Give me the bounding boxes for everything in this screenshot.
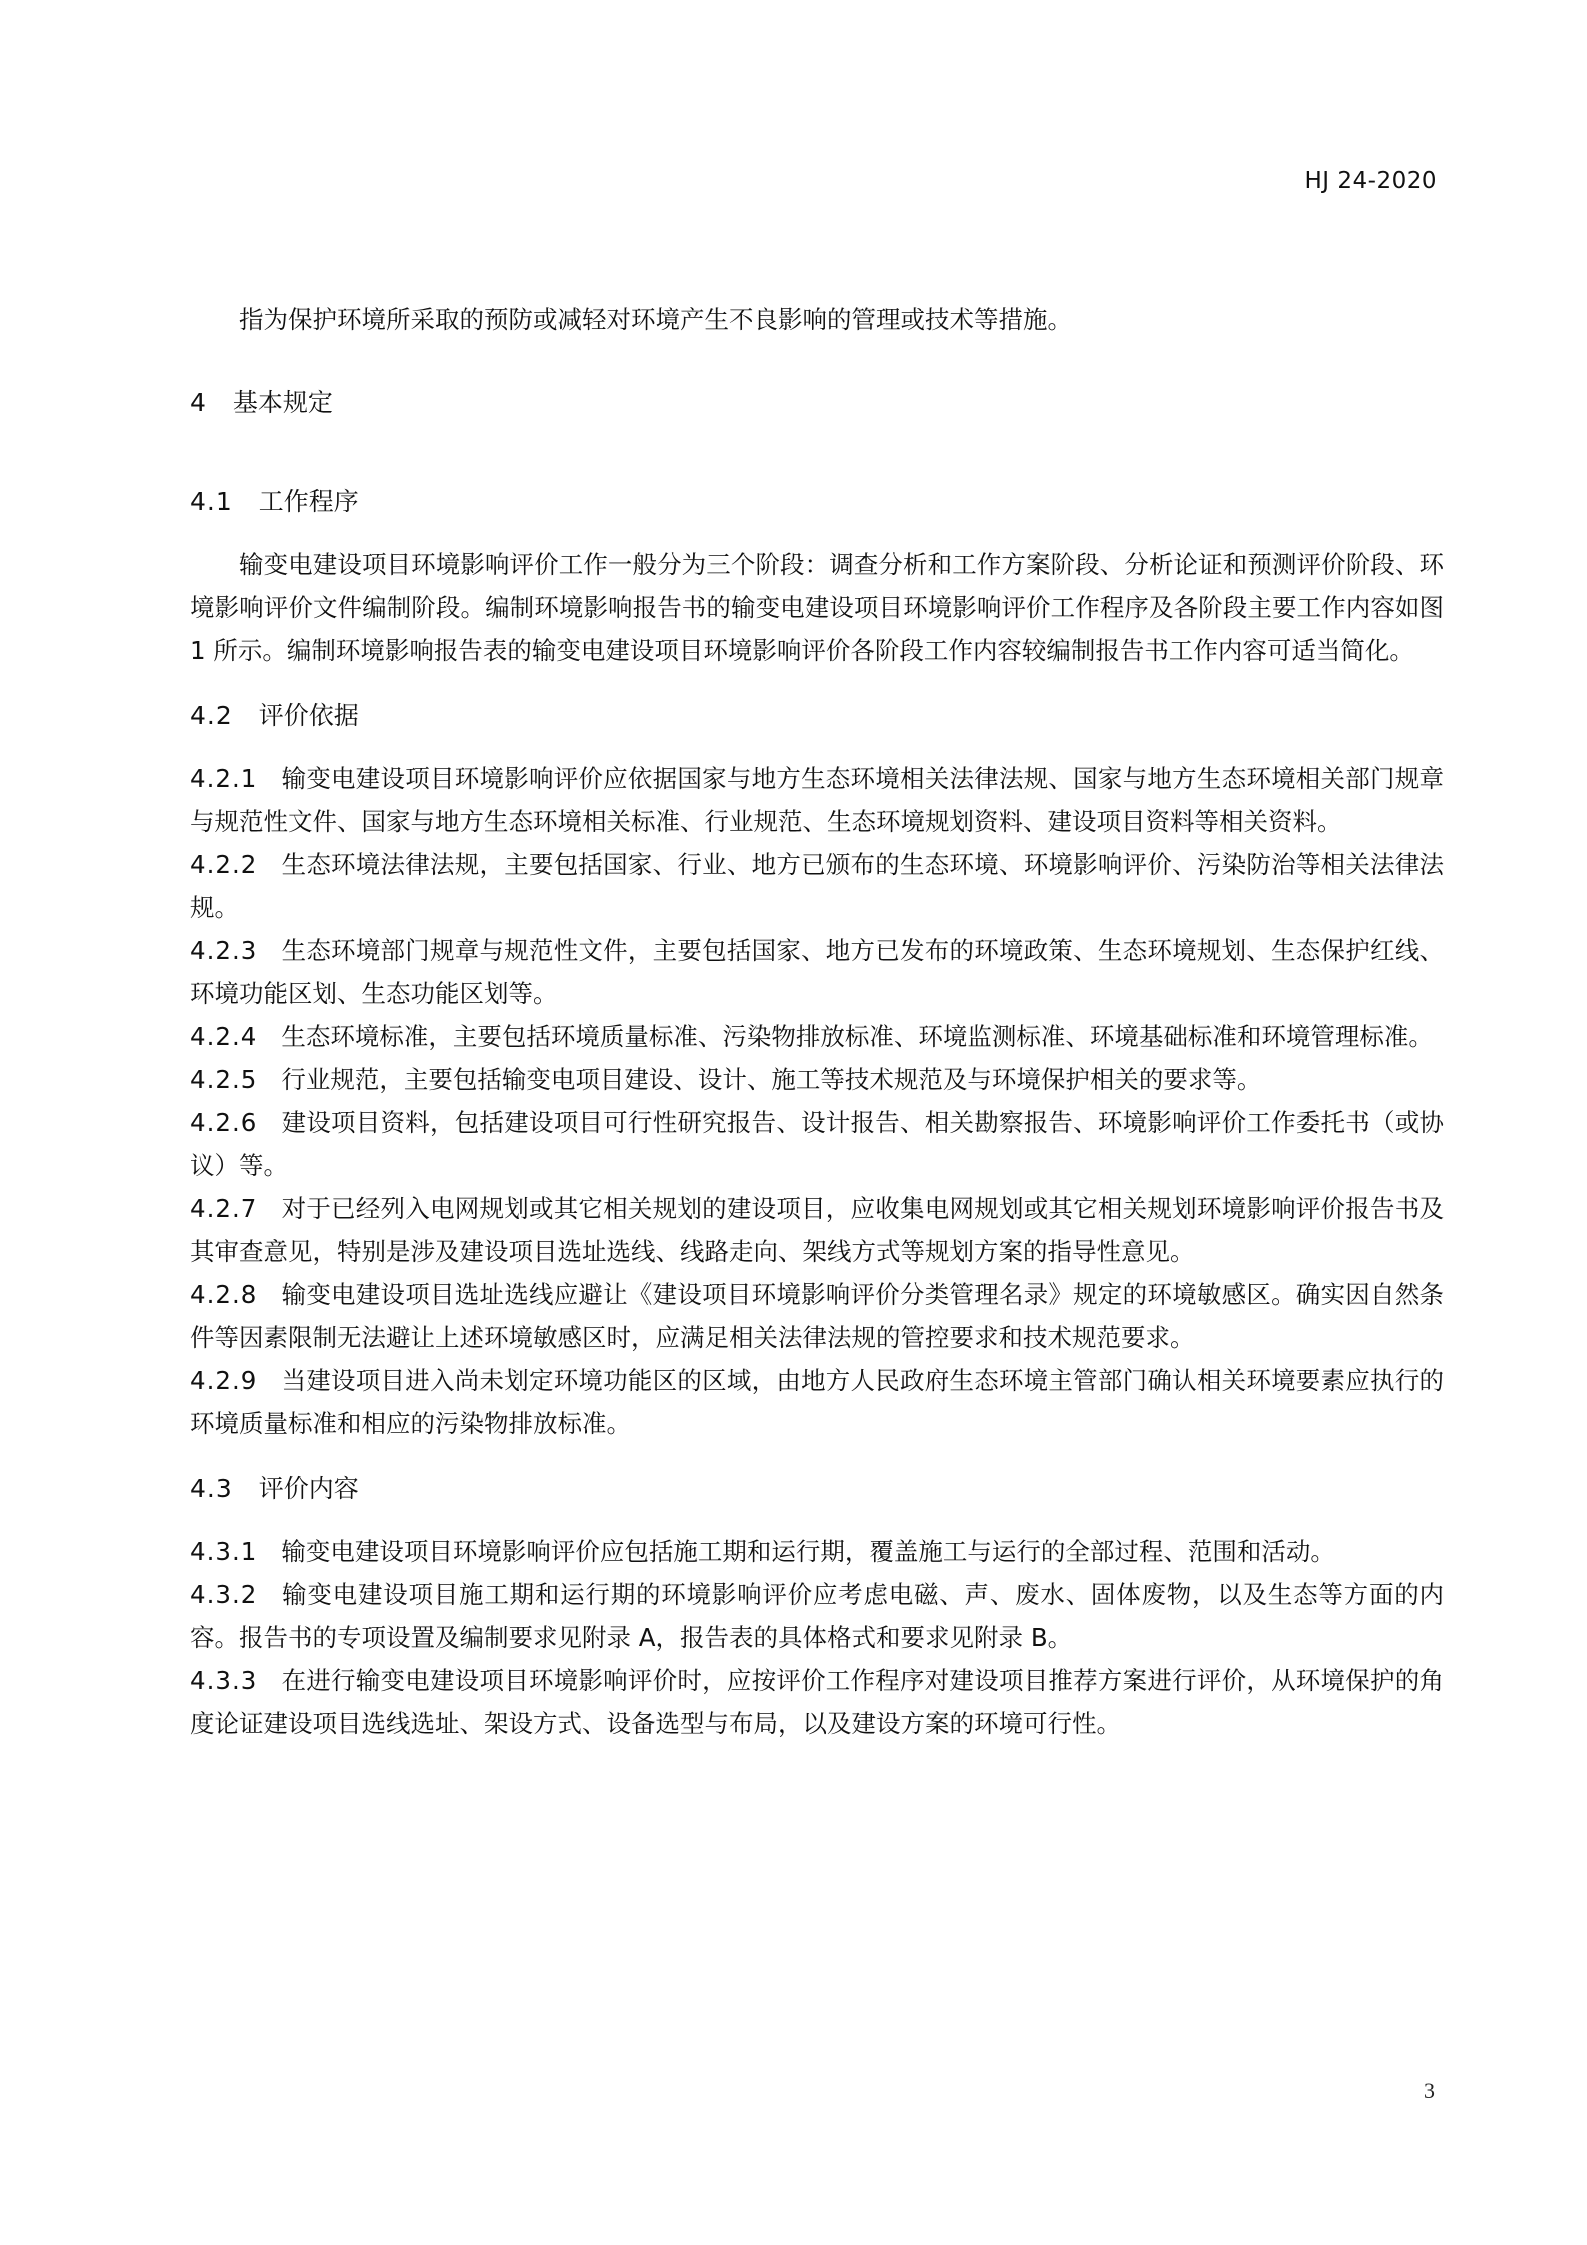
clause-4-2-2: 4.2.2生态环境法律法规，主要包括国家、行业、地方已颁布的生态环境、环境影响评… — [190, 843, 1444, 929]
clause-number: 4.2.8 — [190, 1273, 257, 1316]
clause-number: 4.2.3 — [190, 929, 257, 972]
section-number: 4 — [190, 381, 207, 424]
clause-text: 建设项目资料，包括建设项目可行性研究报告、设计报告、相关勘察报告、环境影响评价工… — [190, 1108, 1444, 1180]
clause-text: 输变电建设项目施工期和运行期的环境影响评价应考虑电磁、声、废水、固体废物，以及生… — [190, 1580, 1444, 1652]
clause-number: 4.2.9 — [190, 1359, 257, 1402]
clause-4-2-9: 4.2.9当建设项目进入尚未划定环境功能区的区域，由地方人民政府生态环境主管部门… — [190, 1359, 1444, 1445]
clause-text: 在进行输变电建设项目环境影响评价时，应按评价工作程序对建设项目推荐方案进行评价，… — [190, 1666, 1444, 1738]
clause-number: 4.2.6 — [190, 1101, 257, 1144]
clause-number: 4.3.1 — [190, 1530, 257, 1573]
clause-4-2-3: 4.2.3生态环境部门规章与规范性文件，主要包括国家、地方已发布的环境政策、生态… — [190, 929, 1444, 1015]
clause-number: 4.3.2 — [190, 1573, 257, 1616]
document-page: HJ 24-2020 指为保护环境所采取的预防或减轻对环境产生不良影响的管理或技… — [0, 0, 1587, 2245]
clause-4-3-2: 4.3.2输变电建设项目施工期和运行期的环境影响评价应考虑电磁、声、废水、固体废… — [190, 1573, 1444, 1659]
clause-text: 输变电建设项目环境影响评价应依据国家与地方生态环境相关法律法规、国家与地方生态环… — [190, 764, 1444, 836]
section-title: 评价依据 — [259, 701, 359, 730]
clause-4-2-6: 4.2.6建设项目资料，包括建设项目可行性研究报告、设计报告、相关勘察报告、环境… — [190, 1101, 1444, 1187]
section-number: 4.2 — [190, 694, 233, 737]
clause-4-2-8: 4.2.8输变电建设项目选址选线应避让《建设项目环境影响评价分类管理名录》规定的… — [190, 1273, 1444, 1359]
clause-text: 输变电建设项目选址选线应避让《建设项目环境影响评价分类管理名录》规定的环境敏感区… — [190, 1280, 1444, 1352]
clause-4-3-1: 4.3.1输变电建设项目环境影响评价应包括施工期和运行期，覆盖施工与运行的全部过… — [190, 1530, 1444, 1573]
page-number: 3 — [1424, 2078, 1435, 2104]
section-4-2-items: 4.2.1输变电建设项目环境影响评价应依据国家与地方生态环境相关法律法规、国家与… — [190, 757, 1444, 1445]
clause-number: 4.2.7 — [190, 1187, 257, 1230]
clause-text: 输变电建设项目环境影响评价应包括施工期和运行期，覆盖施工与运行的全部过程、范围和… — [281, 1537, 1335, 1566]
clause-number: 4.2.1 — [190, 757, 257, 800]
clause-text: 生态环境法律法规，主要包括国家、行业、地方已颁布的生态环境、环境影响评价、污染防… — [190, 850, 1444, 922]
section-title: 基本规定 — [233, 388, 333, 417]
clause-number: 4.2.5 — [190, 1058, 257, 1101]
section-4-heading: 4基本规定 — [190, 381, 1444, 424]
clause-text: 当建设项目进入尚未划定环境功能区的区域，由地方人民政府生态环境主管部门确认相关环… — [190, 1366, 1444, 1438]
clause-4-2-4: 4.2.4生态环境标准，主要包括环境质量标准、污染物排放标准、环境监测标准、环境… — [190, 1015, 1444, 1058]
section-title: 评价内容 — [259, 1474, 359, 1503]
clause-4-2-1: 4.2.1输变电建设项目环境影响评价应依据国家与地方生态环境相关法律法规、国家与… — [190, 757, 1444, 843]
section-4-1-heading: 4.1工作程序 — [190, 480, 1444, 523]
section-number: 4.3 — [190, 1467, 233, 1510]
section-4-2-heading: 4.2评价依据 — [190, 694, 1444, 737]
section-4-1-paragraph: 输变电建设项目环境影响评价工作一般分为三个阶段：调查分析和工作方案阶段、分析论证… — [190, 543, 1444, 672]
section-4-3-heading: 4.3评价内容 — [190, 1467, 1444, 1510]
intro-paragraph: 指为保护环境所采取的预防或减轻对环境产生不良影响的管理或技术等措施。 — [190, 298, 1444, 341]
clause-number: 4.3.3 — [190, 1659, 257, 1702]
section-number: 4.1 — [190, 480, 233, 523]
page-content: 指为保护环境所采取的预防或减轻对环境产生不良影响的管理或技术等措施。 4基本规定… — [190, 298, 1444, 1745]
standard-code: HJ 24-2020 — [1305, 168, 1438, 194]
clause-4-2-5: 4.2.5行业规范，主要包括输变电项目建设、设计、施工等技术规范及与环境保护相关… — [190, 1058, 1444, 1101]
clause-text: 对于已经列入电网规划或其它相关规划的建设项目，应收集电网规划或其它相关规划环境影… — [190, 1194, 1444, 1266]
clause-number: 4.2.2 — [190, 843, 257, 886]
clause-4-3-3: 4.3.3在进行输变电建设项目环境影响评价时，应按评价工作程序对建设项目推荐方案… — [190, 1659, 1444, 1745]
clause-text: 行业规范，主要包括输变电项目建设、设计、施工等技术规范及与环境保护相关的要求等。 — [281, 1065, 1261, 1094]
clause-4-2-7: 4.2.7对于已经列入电网规划或其它相关规划的建设项目，应收集电网规划或其它相关… — [190, 1187, 1444, 1273]
clause-number: 4.2.4 — [190, 1015, 257, 1058]
clause-text: 生态环境标准，主要包括环境质量标准、污染物排放标准、环境监测标准、环境基础标准和… — [281, 1022, 1433, 1051]
section-title: 工作程序 — [259, 487, 359, 516]
clause-text: 生态环境部门规章与规范性文件，主要包括国家、地方已发布的环境政策、生态环境规划、… — [190, 936, 1444, 1008]
section-4-3-items: 4.3.1输变电建设项目环境影响评价应包括施工期和运行期，覆盖施工与运行的全部过… — [190, 1530, 1444, 1745]
